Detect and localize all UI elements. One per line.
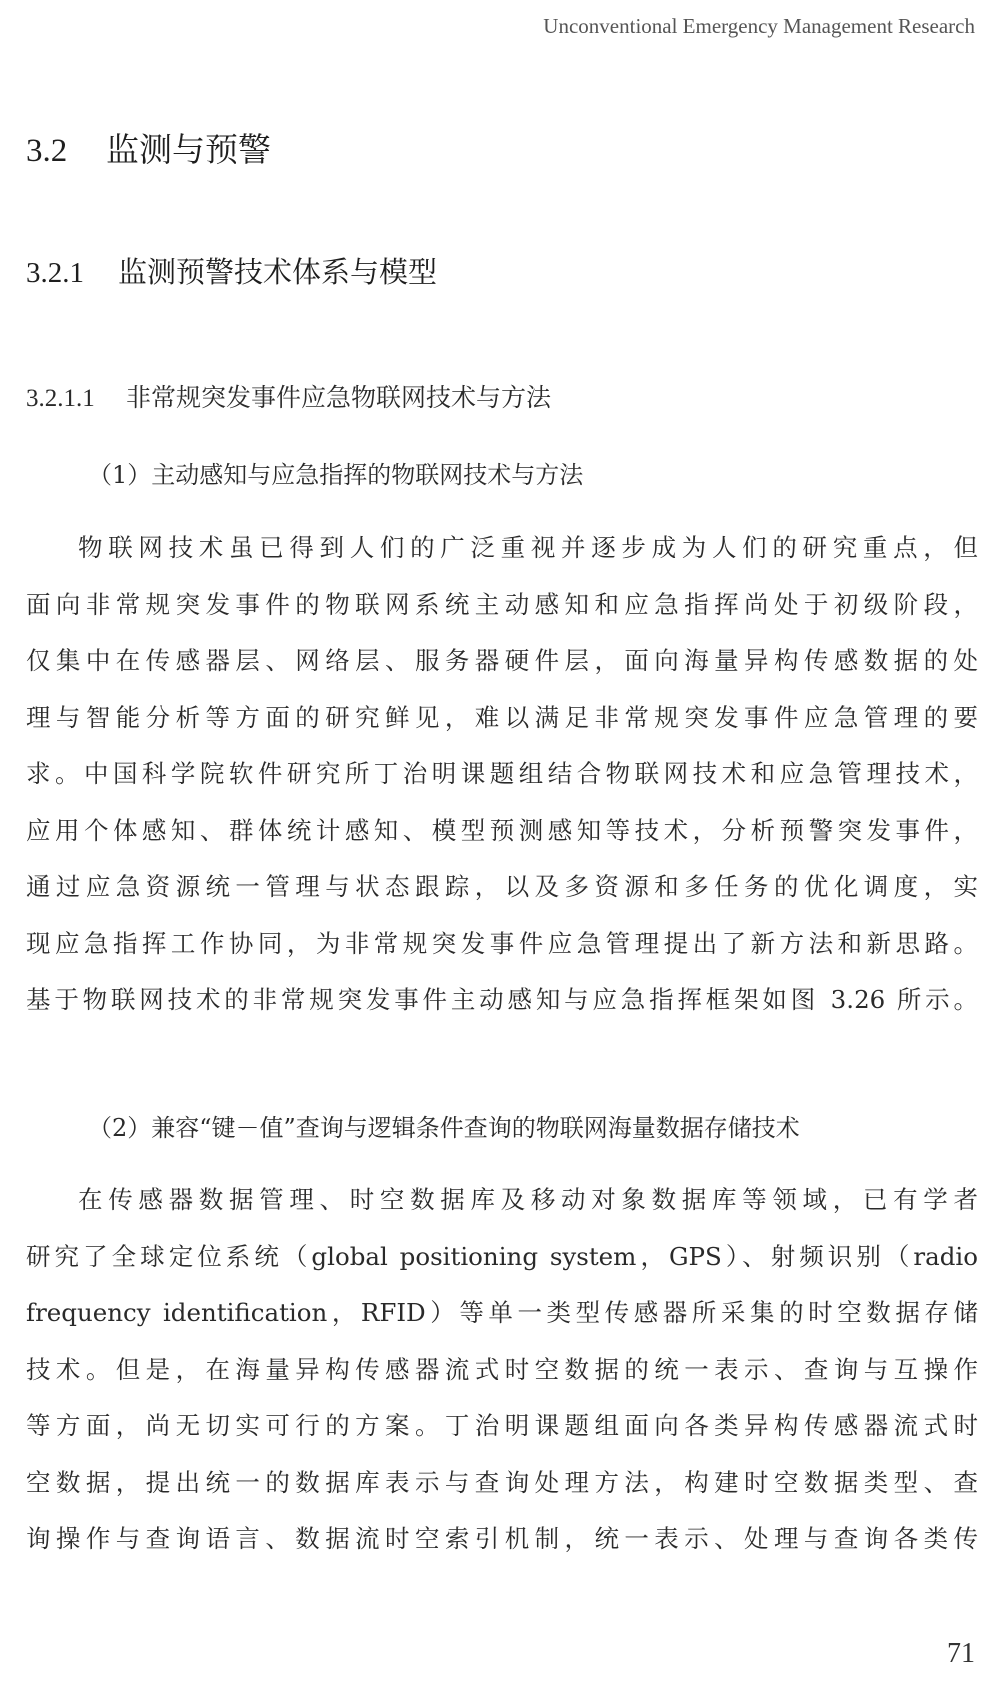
section-heading: 3.2监测与预警 xyxy=(26,124,271,171)
paragraph-line: 等方面，尚无切实可行的方案。丁治明课题组面向各类异构传感器流式时 xyxy=(26,1398,978,1455)
item-heading-1: （1）主动感知与应急指挥的物联网技术与方法 xyxy=(88,455,583,490)
paragraph-line: 面向非常规突发事件的物联网系统主动感知和应急指挥尚处于初级阶段， xyxy=(26,577,978,634)
paragraph-line: 在传感器数据管理、时空数据库及移动对象数据库等领域，已有学者 xyxy=(26,1172,978,1229)
paragraph-line: 空数据，提出统一的数据库表示与查询处理方法，构建时空数据类型、查 xyxy=(26,1455,978,1512)
paragraph-line: 求。中国科学院软件研究所丁治明课题组结合物联网技术和应急管理技术， xyxy=(26,746,978,803)
page-number: 71 xyxy=(947,1638,975,1670)
section-number: 3.2 xyxy=(26,133,106,170)
subsubsection-heading: 3.2.1.1非常规突发事件应急物联网技术与方法 xyxy=(26,378,551,414)
item-heading-2: （2）兼容“键－值”查询与逻辑条件查询的物联网海量数据存储技术 xyxy=(88,1108,800,1143)
subsection-title: 监测预警技术体系与模型 xyxy=(118,255,437,289)
paragraph-line: 基于物联网技术的非常规突发事件主动感知与应急指挥框架如图 3.26 所示。 xyxy=(26,972,978,1029)
paragraph-line: 通过应急资源统一管理与状态跟踪，以及多资源和多任务的优化调度，实 xyxy=(26,859,978,916)
subsection-heading: 3.2.1监测预警技术体系与模型 xyxy=(26,250,437,291)
paragraph-line: 技术。但是，在海量异构传感器流式时空数据的统一表示、查询与互操作 xyxy=(26,1342,978,1399)
subsubsection-number: 3.2.1.1 xyxy=(26,385,126,413)
running-header: Unconventional Emergency Management Rese… xyxy=(543,14,975,39)
subsubsection-title: 非常规突发事件应急物联网技术与方法 xyxy=(126,383,551,412)
subsection-number: 3.2.1 xyxy=(26,257,118,290)
paragraph-1: 物联网技术虽已得到人们的广泛重视并逐步成为人们的研究重点，但 面向非常规突发事件… xyxy=(26,520,978,1029)
paragraph-line: 询操作与查询语言、数据流时空索引机制，统一表示、处理与查询各类传 xyxy=(26,1511,978,1568)
paragraph-line: frequency identification，RFID）等单一类型传感器所采… xyxy=(26,1285,978,1342)
paragraph-line: 现应急指挥工作协同，为非常规突发事件应急管理提出了新方法和新思路。 xyxy=(26,916,978,973)
paragraph-line: 物联网技术虽已得到人们的广泛重视并逐步成为人们的研究重点，但 xyxy=(26,520,978,577)
paragraph-2: 在传感器数据管理、时空数据库及移动对象数据库等领域，已有学者 研究了全球定位系统… xyxy=(26,1172,978,1568)
paragraph-line: 应用个体感知、群体统计感知、模型预测感知等技术，分析预警突发事件， xyxy=(26,803,978,860)
paragraph-line: 仅集中在传感器层、网络层、服务器硬件层，面向海量异构传感数据的处 xyxy=(26,633,978,690)
paragraph-line: 理与智能分析等方面的研究鲜见，难以满足非常规突发事件应急管理的要 xyxy=(26,690,978,747)
section-title: 监测与预警 xyxy=(106,130,271,169)
paragraph-line: 研究了全球定位系统（global positioning system，GPS）… xyxy=(26,1229,978,1286)
